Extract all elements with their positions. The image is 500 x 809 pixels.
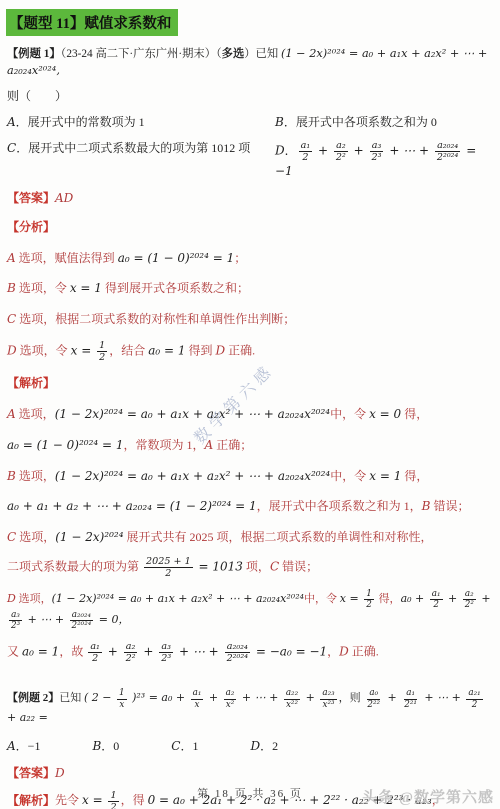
text-token: 项， xyxy=(243,559,270,573)
text-token: D xyxy=(251,739,261,753)
text-token: 错误； xyxy=(430,499,469,513)
fraction: a₃2³ xyxy=(159,641,173,664)
diagonal-watermark: 数学第六感 xyxy=(188,358,279,449)
text-token: 得， xyxy=(401,407,428,421)
text-token: 选项， xyxy=(16,530,55,544)
fraction: a₂₀₂₄2²⁰²⁴ xyxy=(70,610,94,631)
text-token: 选项，令 xyxy=(16,281,70,295)
text-token: x = xyxy=(71,343,95,357)
example1-option-a: A．展开式中的常数项为 1 xyxy=(7,114,274,131)
fraction: 12 xyxy=(364,589,374,610)
example1-analysis-label-line: 【分析】 xyxy=(7,219,494,236)
fraction: a₂₂x²² xyxy=(284,688,300,709)
text-token: 得到展开式各项系数之和； xyxy=(102,281,249,295)
example2-option-b: B．0 xyxy=(92,738,119,755)
text-token: ．展开式中各项系数之和为 0 xyxy=(284,115,437,129)
fraction: a₀2²² xyxy=(365,688,382,709)
text-token: )²³ = a₀ + xyxy=(129,692,189,705)
text-token: D xyxy=(7,592,16,605)
text-token: a₀ = 1 xyxy=(148,343,185,357)
fraction: a₁2 xyxy=(430,589,443,610)
text-token: 正确. xyxy=(349,645,379,659)
answer-label-2: 【答案】 xyxy=(7,766,55,780)
text-token: + ⋯ + xyxy=(175,645,222,659)
fraction: a₂2² xyxy=(334,140,348,163)
analysis-label: 【分析】 xyxy=(7,220,55,234)
fraction: a₁x xyxy=(191,688,204,709)
text-token: D xyxy=(339,645,349,659)
solution-line-8: 又 a₀ = 1，故 a₁2 + a₂2² + a₃2³ + ⋯ + a₂₀₂₄… xyxy=(7,641,494,664)
text-token: + xyxy=(104,645,122,659)
text-token: A xyxy=(7,115,16,129)
text-token: ，则 xyxy=(339,693,364,705)
example1-options: A．展开式中的常数项为 1 B．展开式中各项系数之和为 0 C．展开式中二项式系… xyxy=(6,114,494,180)
text-token: C xyxy=(7,141,16,155)
text-token: + xyxy=(445,592,461,605)
text-token: + ⋯ + xyxy=(238,692,281,705)
analysis-line-4: D 选项，令 x = 12，结合 a₀ = 1 得到 D 正确. xyxy=(7,340,494,363)
text-token: 又 xyxy=(7,645,22,659)
solution-line-2: a₀ = (1 − 0)²⁰²⁴ = 1，常数项为 1，A 正确； xyxy=(7,437,494,454)
example2-heading: 【例题 2】已知 ( 2 − 1x )²³ = a₀ + a₁x + a₂x² … xyxy=(7,688,494,726)
text-token: 选项， xyxy=(16,469,55,483)
fraction: a₂₁2 xyxy=(466,688,482,709)
text-token: x = 1 xyxy=(369,469,401,483)
text-token: 选项， xyxy=(16,593,52,605)
solution-line-3: B 选项，(1 − 2x)²⁰²⁴ = a₀ + a₁x + a₂x² + ⋯ … xyxy=(7,468,494,485)
text-token: A xyxy=(205,438,214,452)
text-token: + xyxy=(478,592,491,605)
example2-option-a: A．−1 xyxy=(7,738,40,755)
fraction: a₂₀₂₄2²⁰²⁴ xyxy=(225,641,251,664)
text-token: ）已知 xyxy=(244,48,281,60)
example1-stem-text: 则（ ） xyxy=(7,89,67,103)
text-token: C xyxy=(270,559,279,573)
solution-line-7: D 选项，(1 − 2x)²⁰²⁴ = a₀ + a₁x + a₂x² + ⋯ … xyxy=(7,589,494,631)
text-token: 已知 xyxy=(59,693,84,705)
fraction: a₂₀₂₄2²⁰²⁴ xyxy=(435,140,461,163)
text-token: + xyxy=(384,692,400,705)
fraction: a₃2³ xyxy=(370,140,384,163)
fraction: 1x xyxy=(117,688,127,709)
text-token: ( 2 − xyxy=(84,692,115,705)
text-token: (1 − 2x)²⁰²⁴ = a₀ + a₁x + a₂x² + ⋯ + a₂₀… xyxy=(52,592,304,605)
text-token: B xyxy=(7,281,16,295)
text-token: A xyxy=(7,739,16,753)
text-token: D xyxy=(216,343,226,357)
analysis-line-3: C 选项，根据二项式系数的对称性和单调性作出判断； xyxy=(7,311,494,328)
text-token: a₀ + xyxy=(401,592,428,605)
text-token: ．−1 xyxy=(16,739,41,753)
example2-option-c: C．1 xyxy=(171,738,198,755)
text-token: 二项式系数最大的项为第 xyxy=(7,559,142,573)
text-token: ． xyxy=(285,144,297,158)
text-token: ， xyxy=(327,645,339,659)
solution-label: 【解析】 xyxy=(7,376,55,390)
example1-heading: 【例题 1】（23-24 高二下·广东广州·期末）（多选）已知 (1 − 2x)… xyxy=(7,46,494,80)
answer-value: AD xyxy=(55,191,73,205)
answer-value-2: D xyxy=(55,766,65,780)
solution-line-6: 二项式系数最大的项为第 2025 + 12 = 1013 项，C 错误； xyxy=(7,556,494,579)
text-token: 选项，根据二项式系数的对称性和单调性作出判断； xyxy=(16,312,295,326)
example2-answer-line: 【答案】D xyxy=(7,765,494,782)
fraction: a₂2² xyxy=(124,641,138,664)
text-token: 选项， xyxy=(16,407,55,421)
text-token: ．0 xyxy=(101,739,119,753)
solution-line-1: A 选项，(1 − 2x)²⁰²⁴ = a₀ + a₁x + a₂x² + ⋯ … xyxy=(7,406,494,423)
text-token: B xyxy=(92,739,101,753)
text-token: 选项，赋值法得到 xyxy=(16,251,118,265)
answer-label: 【答案】 xyxy=(7,191,55,205)
text-token: D xyxy=(7,343,17,357)
document-page: 【题型 11】赋值求系数和 【例题 1】（23-24 高二下·广东广州·期末）（… xyxy=(0,0,500,809)
text-token: A xyxy=(7,407,16,421)
corner-watermark: 头条 @数学第六感 xyxy=(362,786,494,807)
text-token: ，展开式中各项系数之和为 1， xyxy=(257,499,422,513)
text-token: + xyxy=(314,144,332,158)
text-token: 错误； xyxy=(279,559,318,573)
text-token: x = 0 xyxy=(369,407,401,421)
fraction: a₁2²¹ xyxy=(402,688,419,709)
fraction: a₁2 xyxy=(299,140,313,163)
text-token: A xyxy=(7,251,16,265)
text-token: a₀ = 1 xyxy=(22,645,59,659)
text-token: = −a₀ = −1 xyxy=(252,645,327,659)
text-token: = 0， xyxy=(95,613,129,626)
text-token: + xyxy=(140,645,158,659)
example1-answer-line: 【答案】AD xyxy=(7,190,494,207)
text-token: + xyxy=(205,692,221,705)
solution-line-5: C 选项，(1 − 2x)²⁰²⁴ 展开式共有 2025 项，根据二项式系数的单… xyxy=(7,529,494,546)
example1-solution-label-line: 【解析】 xyxy=(7,375,494,392)
text-token: 中，令 xyxy=(330,407,369,421)
fraction: a₂x² xyxy=(224,688,237,709)
text-token: B xyxy=(7,469,16,483)
text-token: (1 − 2x)²⁰²⁴ = a₀ + a₁x + a₂x² + ⋯ + a₂₀… xyxy=(55,407,330,421)
text-token: 展开式共有 2025 项，根据二项式系数的单调性和对称性， xyxy=(124,530,433,544)
fraction: a₂2² xyxy=(463,589,476,610)
fraction: 2025 + 12 xyxy=(144,556,193,579)
example1-option-c: C．展开式中二项式系数最大的项为第 1012 项 xyxy=(7,140,274,157)
text-token: ，常数项为 1， xyxy=(124,438,205,452)
text-token: 得， xyxy=(376,593,401,605)
text-token: ．展开式中的常数项为 1 xyxy=(16,115,145,129)
text-token: 中，令 xyxy=(330,469,369,483)
text-token: 【例题 1】 xyxy=(7,48,61,60)
text-token: ．2 xyxy=(260,739,278,753)
analysis-line-1: A 选项，赋值法得到 a₀ = (1 − 0)²⁰²⁴ = 1； xyxy=(7,250,494,267)
text-token: 得到 xyxy=(186,343,216,357)
text-token: B xyxy=(275,115,284,129)
text-token: + xyxy=(350,144,368,158)
fraction: a₁2 xyxy=(88,641,102,664)
text-token: = 1013 xyxy=(195,559,243,573)
text-token: + ⋯ + xyxy=(386,144,433,158)
text-token: ．1 xyxy=(180,739,198,753)
example1-option-b: B．展开式中各项系数之和为 0 xyxy=(275,114,494,131)
text-token: x = xyxy=(340,592,362,605)
fraction: 12 xyxy=(97,340,107,363)
example1-option-d: D．a₁2 + a₂2² + a₃2³ + ⋯ + a₂₀₂₄2²⁰²⁴ = −… xyxy=(275,140,494,180)
text-token: 正确. xyxy=(225,343,255,357)
text-token: ； xyxy=(234,251,246,265)
example1-stem: 则（ ） xyxy=(7,88,494,105)
text-token: 选项，令 xyxy=(17,343,71,357)
text-token: 得， xyxy=(401,469,428,483)
topic-title: 【题型 11】赋值求系数和 xyxy=(9,16,171,32)
example2-options: A．−1 B．0 C．1 D．2 xyxy=(7,738,494,755)
text-token: (1 − 2x)²⁰²⁴ = a₀ + a₁x + a₂x² + ⋯ + a₂₀… xyxy=(55,469,330,483)
text-token: 正确； xyxy=(213,438,252,452)
text-token: 中，令 xyxy=(304,593,340,605)
text-token: 【例题 2】 xyxy=(7,693,59,705)
text-token: a₀ = (1 − 0)²⁰²⁴ = 1 xyxy=(118,251,235,265)
text-token: + ⋯ + xyxy=(421,692,464,705)
text-token: + xyxy=(302,692,318,705)
analysis-line-2: B 选项，令 x = 1 得到展开式各项系数之和； xyxy=(7,280,494,297)
text-token: ，故 xyxy=(59,645,86,659)
text-token: C xyxy=(7,312,16,326)
text-token: （23-24 高二下·广东广州·期末）（ xyxy=(61,48,222,60)
text-token: 多选 xyxy=(222,48,245,60)
example2-option-d: D．2 xyxy=(251,738,279,755)
topic-title-highlight: 【题型 11】赋值求系数和 xyxy=(6,9,178,36)
text-token: (1 − 2x)²⁰²⁴ xyxy=(55,530,123,544)
text-token: a₀ = (1 − 0)²⁰²⁴ = 1 xyxy=(7,438,124,452)
text-token: a₀ + a₁ + a₂ + ⋯ + a₂₀₂₄ = (1 − 2)²⁰²⁴ =… xyxy=(7,499,257,513)
text-token: + a₂₂ = xyxy=(7,711,48,724)
fraction: a₂₃x²³ xyxy=(320,688,336,709)
text-token: C xyxy=(7,530,16,544)
text-token: ，结合 xyxy=(109,343,148,357)
solution-line-4: a₀ + a₁ + a₂ + ⋯ + a₂₀₂₄ = (1 − 2)²⁰²⁴ =… xyxy=(7,498,494,515)
text-token: D xyxy=(275,144,285,158)
text-token: ．展开式中二项式系数最大的项为第 1012 项 xyxy=(16,141,250,155)
text-token: + ⋯ + xyxy=(24,613,67,626)
fraction: a₃2³ xyxy=(9,610,22,631)
text-token: x = 1 xyxy=(70,281,102,295)
